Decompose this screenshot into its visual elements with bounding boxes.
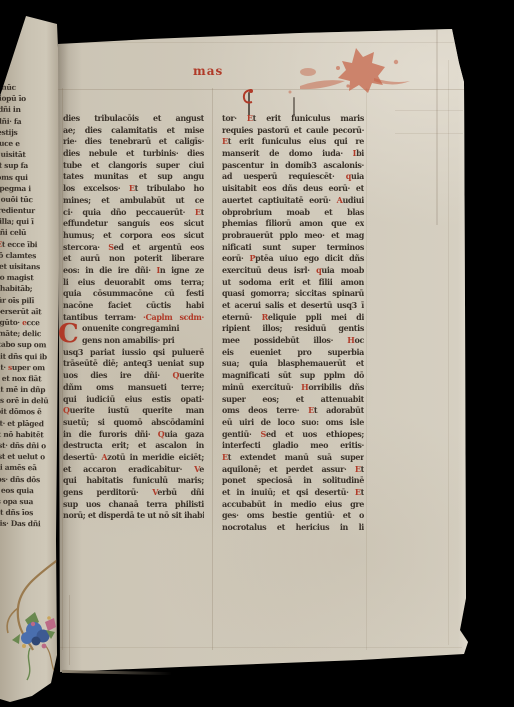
text-line: rie· dies tenebrarū et caligīs· [63, 136, 204, 148]
ascender-red-flourish [241, 88, 255, 106]
text-line: aquilonē; et perdet assur· Et [222, 464, 364, 476]
rubricated-text: A [337, 195, 343, 205]
ruling-line [395, 133, 463, 134]
text-line: nocrotalus et hericius in li [222, 522, 364, 534]
text-line: s fiūt· super om [0, 361, 55, 373]
text-line: cte pegma i [0, 182, 57, 194]
text-line: desertū· Azotū in meridie eiciēt; [63, 452, 204, 464]
text-line: ci· quia dño peccauerūt· Et [63, 207, 204, 219]
text-line: gis et dñs īos [0, 507, 54, 519]
text-column-right: tor· Et erit funiculus marisrequies past… [222, 113, 364, 534]
text-line: super eos; et attenuabit [222, 394, 364, 406]
text-line: dñi uisitāt [0, 149, 58, 161]
rubricated-text: R [262, 312, 268, 322]
text-line: cā est et uelut o [0, 451, 54, 463]
page-stack-edge [62, 670, 172, 675]
text-line: phemias filiorū amon que ex [222, 218, 364, 230]
text-line: esabit dōmos ē [0, 406, 55, 418]
text-line: ges· oms bestie gentiū· et o [222, 510, 364, 522]
text-line: ripient illos; residuū gentis [222, 323, 364, 335]
text-line: mee possidebūt illos· Hoc [222, 335, 364, 347]
rubricated-text: P [249, 253, 255, 263]
rubricated-text: E [222, 452, 228, 462]
text-line: mīno magist [0, 272, 56, 284]
text-line: ad uesperū requiescēt· quia [222, 171, 364, 183]
rubricated-text: E [355, 487, 361, 497]
rubricated-text: Q [158, 429, 165, 439]
ruling-line [366, 88, 367, 650]
text-line: ne dñi in [0, 104, 58, 116]
text-line: et aurū non poterit liberare [63, 253, 204, 265]
text-line: eis eueniet pro superbia [222, 347, 364, 359]
text-line: uisitabo sup om [0, 339, 56, 351]
text-line: ilor habitāb; [0, 283, 56, 295]
rubricated-text: E [0, 239, 2, 248]
text-line: ui dñi celū [0, 227, 57, 239]
rubricated-text: E [247, 113, 253, 123]
text-line: tates munitas et sup angu [63, 171, 204, 183]
text-line: uisitabit eos dñs deus eorū· et [222, 183, 364, 195]
ink-stain [278, 38, 428, 106]
text-line: lo· Et ecce ībi [0, 238, 57, 250]
text-line: qui iudiciū eius estis opati· [63, 394, 204, 406]
rubricated-text: V [152, 487, 157, 497]
text-line: slūnt· et plāged [0, 417, 55, 429]
text-line: es et nō habitēt [0, 428, 55, 440]
text-line: mias opa sua [0, 496, 54, 508]
text-line: quasi gomorra; siccitas spinarū [222, 288, 364, 300]
text-line: et in inuiū; et qsi desertū· Et [222, 487, 364, 499]
text-line: ethiopū īo [0, 93, 58, 105]
text-line: norū; et disperdā te ut nō sit ihabita [63, 510, 204, 522]
text-line: bisperserūt aīt [0, 305, 56, 317]
text-line: audit mē in dñp [0, 384, 55, 396]
ruling-line [69, 595, 70, 665]
manuscript-page: mas dies tribulacōis et angustae; dies c… [0, 0, 514, 707]
text-line: is et sup fa [0, 160, 58, 172]
text-line: cā est· dñs dñi o [0, 440, 55, 452]
rubricated-text: E [355, 464, 361, 474]
parchment-crease [436, 30, 438, 225]
text-line: uos dies ire dñi· Querite [63, 370, 204, 382]
text-line: Et erit funiculus eius qui re [222, 136, 364, 148]
text-line: usq3 pariat iussio qsi puluerē [63, 347, 204, 359]
text-line: quia cōsummacōne cū festi [63, 288, 204, 300]
text-line: eos: in die ire dñi· In igne ze [63, 265, 204, 277]
text-line: tor· Et erit funiculus maris [222, 113, 364, 125]
text-line: eternū· Reliquie ppli mei di [222, 312, 364, 324]
text-line: et accaron eradicabitur· Ve [63, 464, 204, 476]
text-line: sua; quia blasphemauerūt et [222, 358, 364, 370]
ruling-line [395, 110, 463, 111]
ruling-line [60, 647, 462, 648]
facing-page-edge: qui nūcethiopū īone dñi ines dñi· fas be… [0, 0, 66, 707]
text-line: as luce e [0, 138, 58, 150]
text-line: gens non amabilis· pri [63, 335, 204, 347]
text-line: ae; dies calamitatis et mise [63, 125, 204, 137]
text-line: ponet speciosā in solitudinē [222, 475, 364, 487]
text-line: amōs orē in delū [0, 395, 55, 407]
text-line: is nō clamtes [0, 249, 57, 261]
text-line: uer ouōi tūc [0, 194, 57, 206]
text-line: Et extendet manū suā super [222, 452, 364, 464]
text-line: exercituū deus isrl· quia moab [222, 265, 364, 277]
text-line: pascentur in domib3 ascalonis· [222, 160, 364, 172]
text-line: i fīcos· dñs dōs [0, 473, 54, 485]
text-line: ībus eos quia [0, 484, 54, 496]
text-line: magnificati sūt sup pplm dō [222, 370, 364, 382]
fore-edge-highlight [458, 30, 468, 655]
text-line: auertet captiuitatē eorū· Audiui [222, 195, 364, 207]
text-line: tube et clangoris super ciui [63, 160, 204, 172]
text-line: et acerui salis et desertū usq3 ī [222, 300, 364, 312]
text-line: qui nūc [0, 82, 58, 94]
manuscript-photo: { "colors": { "background": "#000000", "… [0, 0, 514, 707]
rubricated-text: Q [63, 405, 70, 415]
text-column-left: dies tribulacōis et angustae; dies calam… [63, 113, 204, 522]
text-line: s bestijs [0, 126, 58, 138]
text-line: qui habitatis funiculū maris; [63, 475, 204, 487]
text-line: li eius deuorabit oms terra; [63, 277, 204, 289]
text-line: in die furoris dñi· Quia gaza [63, 429, 204, 441]
rubricated-text: s [8, 363, 12, 372]
text-line: nificati sunt super terminos [222, 242, 364, 254]
rubricated-text: q [346, 171, 351, 181]
rubricated-text: A [101, 452, 107, 462]
text-line: accubabūt in medio eius gre [222, 499, 364, 511]
rubricated-text: q [316, 265, 321, 275]
text-line: probrauerūt pplo meo· et mag [222, 230, 364, 242]
rubricated-text: S [261, 429, 266, 439]
text-line: obprobrium moab et blas [222, 207, 364, 219]
text-line: interfecti gladio meo eritis· [222, 440, 364, 452]
text-line: tantibus terram· ·Caplm scdm· [63, 312, 204, 324]
text-line: humus; et corpora eos sicut [63, 230, 204, 242]
text-line: n argūto· ecce [0, 317, 56, 329]
text-line: oms deos terre· Et adorabūt [222, 405, 364, 417]
text-line: stercora· Sed et argentū eos [63, 242, 204, 254]
ruling-line [448, 60, 449, 645]
text-line: destructa erit; et ascalon in [63, 440, 204, 452]
text-line: eorū· Pptēa uiuo ego dicit dñs [222, 253, 364, 265]
rubricated-text: I [156, 265, 159, 275]
rubricated-text: E [195, 207, 201, 217]
rubricated-text: E [308, 405, 314, 415]
text-line: die illa; qui ī [0, 216, 57, 228]
rubricated-text: S [108, 242, 113, 252]
text-line: nacōne faciet cūctis habi [63, 300, 204, 312]
rubricated-text: E [129, 183, 135, 193]
text-line: mines; et ambulabūt ut ce [63, 195, 204, 207]
rubricated-text: H [301, 382, 308, 392]
text-line: dies tribulacōis et angust [63, 113, 204, 125]
text-line: stabit dñs qui ib [0, 350, 56, 362]
text-line: s facis· Das dñi [0, 518, 54, 530]
text-line: minū exercituū· Horribilis dñs [222, 382, 364, 394]
text-line: sup uos chanaā terra philisti [63, 499, 204, 511]
text-line: n dñi amēs eā [0, 462, 54, 474]
rubricated-text: V [194, 464, 199, 474]
text-line: los excelsos· Et tribulabo ho [63, 183, 204, 195]
chapter-initial: C [58, 322, 78, 346]
text-line: umūr oīs pilī [0, 294, 56, 306]
text-line: trāseūtē diē; anteq3 ueniat sup [63, 358, 204, 370]
text-line: eū uiri de loco suo: oms isle [222, 417, 364, 429]
rubricated-text: E [222, 136, 228, 146]
rubricated-text: e [22, 318, 27, 327]
text-line: i firmāte; delic [0, 328, 56, 340]
text-line: ur oms qui [0, 171, 57, 183]
rubricated-text: Q [173, 370, 180, 380]
text-line: suetū; si quomō abscōdamini [63, 417, 204, 429]
rubricated-text: I [353, 148, 356, 158]
text-line: ut sodoma erit et filii amon [222, 277, 364, 289]
text-line: onuenite congregamini [63, 323, 204, 335]
text-line: dies nebule et turbinis· dies [63, 148, 204, 160]
running-header: mas [193, 64, 233, 78]
text-line: dñm oms mansueti terre; [63, 382, 204, 394]
text-line: Querite iustū querite man [63, 405, 204, 417]
text-line: ingredientur [0, 205, 57, 217]
text-line: gens perditorū· Verbū dñi [63, 487, 204, 499]
text-line: mōs et nox fiāt [0, 372, 55, 384]
text-line: es dñi· fa [0, 115, 58, 127]
text-line: mō et uisitans [0, 261, 56, 273]
text-line: gentiū· Sed et uos ethiopes; [222, 429, 364, 441]
text-line: manserit de domo iuda· Ibi [222, 148, 364, 160]
rubricated-text: ·Caplm scdm· [143, 312, 204, 322]
rubricated-text: H [347, 335, 354, 345]
text-line: effundetur sanguis eos sicut [63, 218, 204, 230]
text-line: requies pastorū et caule pecorū· [222, 125, 364, 137]
facing-page-text-column: qui nūcethiopū īone dñi ines dñi· fas be… [0, 82, 58, 530]
ruling-line [212, 88, 213, 650]
